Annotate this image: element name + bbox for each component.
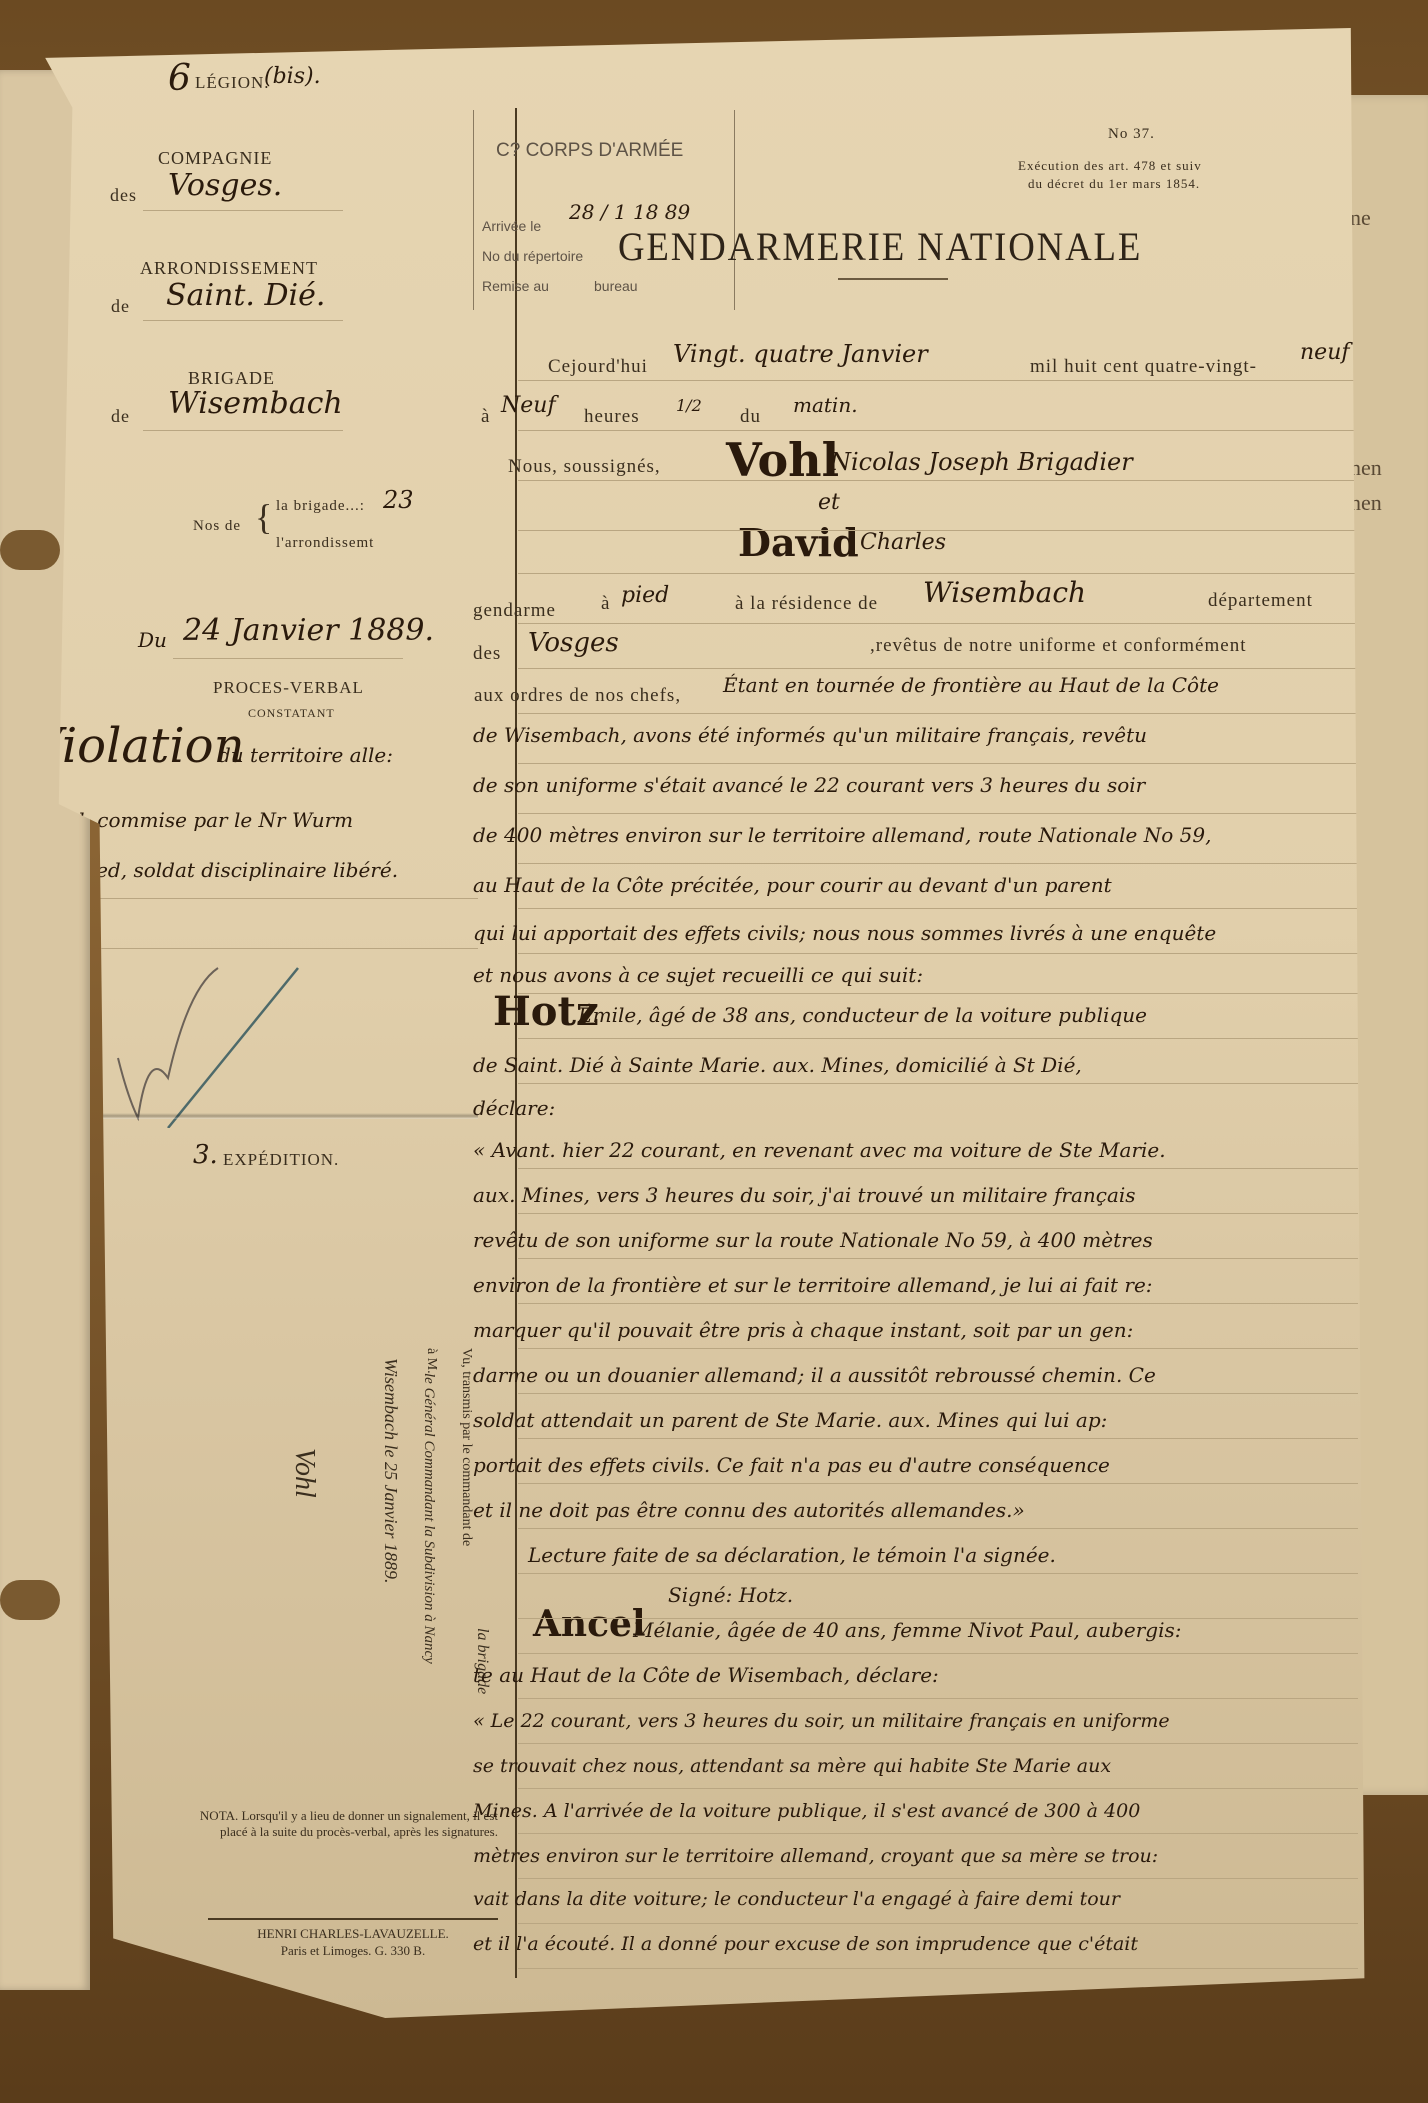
column-divider (515, 108, 517, 1978)
heures-label: heures (584, 406, 640, 428)
fragment-text: ne (1350, 205, 1371, 231)
document-title: GENDARMERIE NATIONALE (618, 223, 1142, 270)
a-label: à (481, 406, 490, 428)
testimony1-signature: Signé: Hotz. (668, 1583, 793, 1607)
fraction-value: 1/2 (676, 396, 702, 415)
stamp-corps: C? CORPS D'ARMÉE (496, 140, 683, 162)
witness2-name: Ancel (533, 1603, 646, 1645)
stamp-arrive-value: 28 / 1 18 89 (569, 200, 690, 224)
compagnie-prefix: des (110, 185, 137, 206)
document-page: 6 LÉGION. (bis). COMPAGNIE des Vosges. A… (18, 28, 1378, 2018)
witness2-line: te au Haut de la Côte de Wisembach, décl… (473, 1663, 939, 1687)
compagnie-label: COMPAGNIE (158, 148, 272, 169)
nous-label: Nous, soussignés, (508, 456, 661, 478)
testimony1-line: « Avant. hier 22 courant, en revenant av… (473, 1138, 1166, 1162)
narrative-line: de Wisembach, avons été informés qu'un m… (473, 723, 1147, 747)
legion-suffix: (bis). (264, 64, 321, 89)
testimony1-line: environ de la frontière et sur le territ… (473, 1273, 1153, 1297)
stamp-remise-value: bureau (594, 278, 638, 294)
arrondissement-prefix: de (111, 296, 130, 317)
testimony1-line: marquer qu'il pouvait être pris à chaque… (473, 1318, 1133, 1342)
stamp-repertoire-label: No du répertoire (482, 248, 583, 264)
witness1-line: déclare: (473, 1096, 555, 1120)
title-rule (838, 278, 948, 280)
time-of-day: matin. (793, 393, 858, 417)
narrative-line: Étant en tournée de frontière au Haut de… (723, 673, 1219, 697)
la-brigade-value: 23 (383, 486, 414, 514)
execution-line2: du décret du 1er mars 1854. (1028, 176, 1200, 192)
et-conjunction: et (818, 490, 840, 515)
nota-rule (208, 1918, 498, 1920)
expedition-number: 3. (193, 1140, 218, 1170)
witness2-line: vait dans la dite voiture; le conducteur… (473, 1888, 1120, 1910)
testimony1-line: portait des effets civils. Ce fait n'a p… (473, 1453, 1110, 1477)
report-date: 24 Janvier 1889. (183, 613, 434, 648)
printer-line2: Paris et Limoges. G. 330 B. (213, 1943, 493, 1959)
residence-value: Wisembach (923, 576, 1086, 609)
gendarme-label: gendarme (473, 600, 556, 622)
form-number: No 37. (1108, 126, 1155, 143)
ordres-label: aux ordres de nos chefs, (474, 685, 681, 707)
du-label: Du (138, 628, 167, 652)
name1-surname: Vohl (726, 433, 839, 487)
brace: { (255, 496, 273, 538)
field-rule (173, 658, 403, 659)
witness2-line: « Le 22 courant, vers 3 heures du soir, … (473, 1710, 1170, 1732)
narrative-line: de 400 mètres environ sur le territoire … (473, 823, 1211, 847)
compagnie-value: Vosges. (168, 168, 282, 203)
testimony1-line: et il ne doit pas être connu des autorit… (473, 1498, 1025, 1522)
testimony1-line: revêtu de son uniforme sur la route Nati… (473, 1228, 1153, 1252)
narrative-line: au Haut de la Côte précitée, pour courir… (473, 873, 1112, 897)
transmis-signature: Vohl (288, 1448, 320, 1498)
witness2-line: Mines. A l'arrivée de la voiture publiqu… (473, 1800, 1140, 1822)
proces-verbal-label: PROCES-VERBAL (213, 678, 364, 698)
testimony1-line: soldat attendait un parent de Ste Marie.… (473, 1408, 1107, 1432)
witness1-line: de Saint. Dié à Sainte Marie. aux. Mines… (473, 1053, 1082, 1077)
departement-label: département (1208, 590, 1313, 612)
violation-heading: Violation (28, 718, 245, 774)
brigade-value: Wisembach (168, 386, 343, 421)
punch-hole (0, 1580, 60, 1620)
departement-value: Vosges (528, 628, 619, 658)
narrative-line: et nous avons à ce sujet recueilli ce qu… (473, 963, 923, 987)
execution-line1: Exécution des art. 478 et suiv (1018, 158, 1202, 174)
field-rule (143, 430, 343, 431)
arrondissement-label: ARRONDISSEMENT (140, 258, 318, 279)
witness2-line: et il l'a écouté. Il a donné pour excuse… (473, 1933, 1138, 1955)
arrondissement-number-label: l'arrondissemt (276, 535, 374, 552)
fragment-text: nen (1350, 490, 1382, 516)
name2-rest: Charles (860, 530, 946, 555)
nota-text: NOTA. Lorsqu'il y a lieu de donner un si… (198, 1808, 498, 1840)
date-words: Vingt. quatre Janvier (673, 340, 928, 368)
narrative-line: qui lui apportait des effets civils; nou… (473, 921, 1216, 945)
arrondissement-value: Saint. Dié. (166, 278, 325, 313)
witness2-line: se trouvait chez nous, attendant sa mère… (473, 1755, 1111, 1777)
transmis-printed-line1: Vu, transmis par le commandant de (458, 1348, 474, 1648)
narrative-line: de son uniforme s'était avancé le 22 cou… (473, 773, 1145, 797)
testimony1-reading: Lecture faite de sa déclaration, le témo… (528, 1543, 1056, 1567)
transmis-hand-line3: Wisembach le 25 Janvier 1889. (380, 1358, 401, 1718)
expedition-label: EXPÉDITION. (223, 1150, 339, 1170)
name1-rest: Nicolas Joseph Brigadier (830, 448, 1133, 476)
field-rule (143, 210, 343, 211)
brigade-prefix: de (111, 406, 130, 427)
name2-surname: David (738, 520, 859, 565)
revetus-label: ,revêtus de notre uniforme et conforméme… (870, 635, 1247, 657)
stamp-remise-label: Remise au (482, 278, 549, 294)
cejourdhui-label: Cejourd'hui (548, 356, 648, 378)
witness2-line: Mélanie, âgée de 40 ans, femme Nivot Pau… (633, 1618, 1181, 1642)
legion-label: LÉGION. (195, 73, 270, 93)
field-rule (143, 320, 343, 321)
des-label: des (473, 643, 501, 665)
transmis-hand-line2: le Général Commandant la Subdivision à N… (420, 1373, 437, 1753)
stamp-arrive-label: Arrivée le (482, 218, 541, 234)
hour-value: Neuf (501, 393, 556, 418)
year-label: mil huit cent quatre-vingt- (1030, 356, 1257, 378)
testimony1-line: aux. Mines, vers 3 heures du soir, j'ai … (473, 1183, 1136, 1207)
witness1-line: Émile, âgé de 38 ans, conducteur de la v… (578, 1003, 1147, 1027)
summary-line1: du territoire alle: (218, 743, 393, 767)
la-brigade-label: la brigade...: (276, 498, 365, 515)
du-label: du (740, 406, 761, 428)
fragment-text: nen (1350, 455, 1382, 481)
pied-value: pied (621, 583, 669, 608)
residence-label: à la résidence de (735, 593, 878, 615)
witness2-line: mètres environ sur le territoire alleman… (473, 1845, 1158, 1867)
legion-number: 6 (168, 58, 191, 99)
punch-hole (0, 530, 60, 570)
year-value: neuf (1300, 340, 1350, 365)
constatant-label: CONSTATANT (248, 706, 335, 721)
nos-de-label: Nos de (193, 518, 241, 535)
pencil-annotation-mark (108, 928, 308, 1128)
printer-line1: HENRI CHARLES-LAVAUZELLE. (213, 1926, 493, 1942)
transmis-printed-line2: à M. (423, 1348, 439, 1374)
arrival-stamp: C? CORPS D'ARMÉE Arrivée le 28 / 1 18 89… (473, 110, 735, 310)
a2-label: à (601, 593, 610, 615)
fold-crease (58, 1113, 478, 1119)
testimony1-line: darme ou un douanier allemand; il a auss… (473, 1363, 1156, 1387)
